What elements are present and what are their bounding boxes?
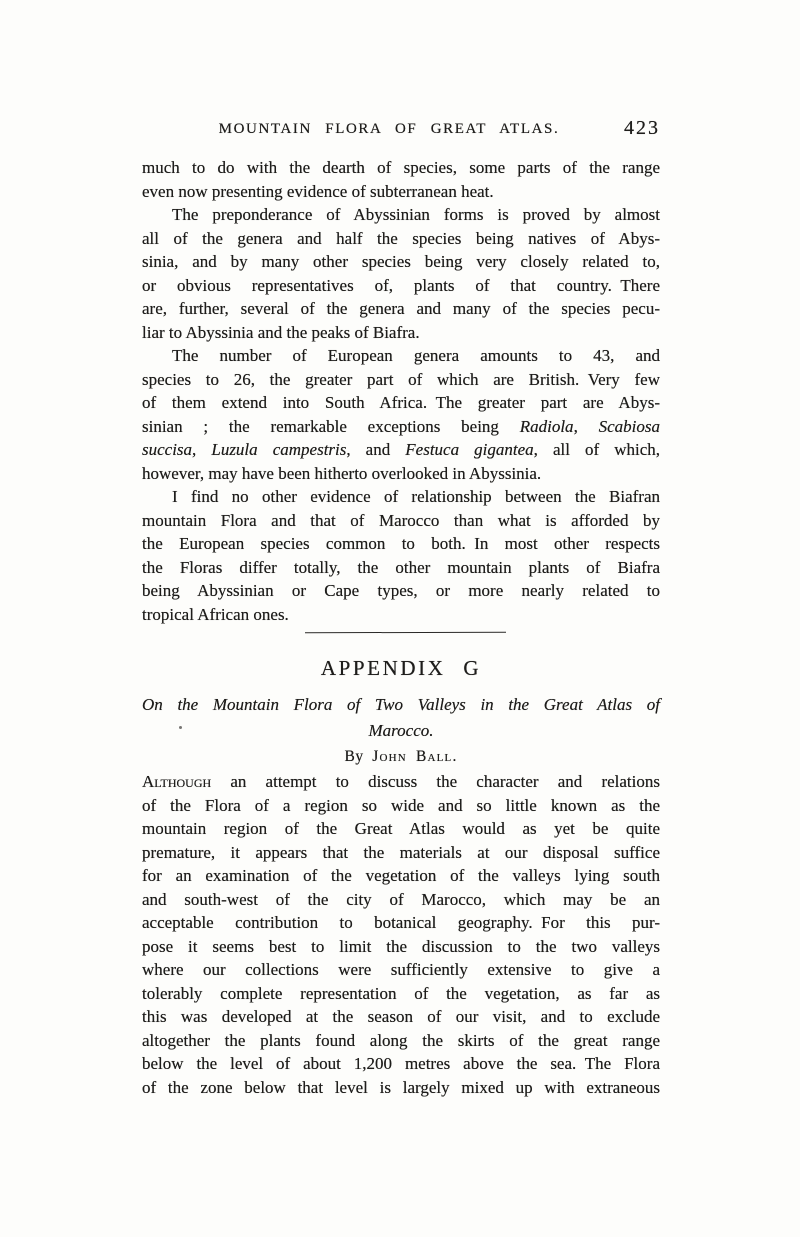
text-line: The preponderance of Abyssinian forms is… (142, 203, 660, 227)
running-head-title: MOUNTAIN FLORA OF GREAT ATLAS. (130, 121, 648, 138)
text-line: sinian ; the remarkable exceptions being… (142, 415, 660, 439)
text-line: of the Flora of a region so wide and so … (142, 794, 660, 818)
byline: By John Ball. (142, 748, 660, 766)
byline-author: John Ball. (372, 748, 457, 765)
text-line: On the Mountain Flora of Two Valleys in … (142, 692, 660, 718)
text-line: The number of European genera amounts to… (142, 344, 660, 368)
text-line: acceptable contribution to botanical geo… (142, 911, 660, 935)
ink-speck (179, 726, 182, 729)
text-line: sinia, and by many other species being v… (142, 250, 660, 274)
page-number: 423 (624, 117, 660, 140)
italic-text: Scabiosa (599, 417, 660, 436)
text-line: this was developed at the season of our … (142, 1005, 660, 1029)
text-line: or obvious representatives of, plants of… (142, 274, 660, 298)
text-line: Although an attempt to discuss the chara… (142, 770, 660, 794)
text-line: are, further, several of the genera and … (142, 297, 660, 321)
paragraph: Although an attempt to discuss the chara… (142, 770, 660, 1099)
text-line: below the level of about 1,200 metres ab… (142, 1052, 660, 1076)
paragraph: much to do with the dearth of species, s… (142, 156, 660, 203)
text-line: even now presenting evidence of subterra… (142, 180, 660, 204)
text-line: the Floras differ totally, the other mou… (142, 556, 660, 580)
running-head: MOUNTAIN FLORA OF GREAT ATLAS. 423 (142, 121, 660, 145)
text-line: and south-west of the city of Marocco, w… (142, 888, 660, 912)
text-line: mountain Flora and that of Marocco than … (142, 509, 660, 533)
text-line: all of the genera and half the species b… (142, 227, 660, 251)
italic-text: Luzula campestris (211, 440, 346, 459)
italic-text: Radiola (520, 417, 574, 436)
appendix-subtitle: On the Mountain Flora of Two Valleys in … (142, 692, 660, 744)
text-line: Marocco. (142, 718, 660, 744)
text-line: species to 26, the greater part of which… (142, 368, 660, 392)
appendix-heading: APPENDIX G (142, 656, 660, 681)
byline-prefix: By (344, 748, 363, 765)
appendix-text-block: Although an attempt to discuss the chara… (142, 770, 660, 1099)
text-line: the European species common to both. In … (142, 532, 660, 556)
paragraph: The number of European genera amounts to… (142, 344, 660, 485)
paragraph: I find no other evidence of relationship… (142, 485, 660, 626)
text-line: being Abyssinian or Cape types, or more … (142, 579, 660, 603)
smallcaps-text: Although (142, 772, 211, 791)
text-line: liar to Abyssinia and the peaks of Biafr… (142, 321, 660, 345)
text-line: succisa, Luzula campestris, and Festuca … (142, 438, 660, 462)
text-line: however, may have been hitherto overlook… (142, 462, 660, 486)
text-line: mountain region of the Great Atlas would… (142, 817, 660, 841)
text-line: where our collections were sufficiently … (142, 958, 660, 982)
text-line: pose it seems best to limit the discussi… (142, 935, 660, 959)
paragraph: On the Mountain Flora of Two Valleys in … (142, 692, 660, 744)
text-line: of them extend into South Africa. The gr… (142, 391, 660, 415)
text-line: of the zone below that level is largely … (142, 1076, 660, 1100)
main-text-block: much to do with the dearth of species, s… (142, 156, 660, 626)
text-line: altogether the plants found along the sk… (142, 1029, 660, 1053)
text-line: tropical African ones. (142, 603, 660, 627)
book-page: MOUNTAIN FLORA OF GREAT ATLAS. 423 much … (0, 0, 800, 1237)
text-line: for an examination of the vegetation of … (142, 864, 660, 888)
text-line: I find no other evidence of relationship… (142, 485, 660, 509)
italic-text: succisa (142, 440, 192, 459)
paragraph: The preponderance of Abyssinian forms is… (142, 203, 660, 344)
section-divider-rule (305, 632, 506, 634)
text-line: tolerably complete representation of the… (142, 982, 660, 1006)
text-line: much to do with the dearth of species, s… (142, 156, 660, 180)
italic-text: Festuca gigantea (405, 440, 533, 459)
text-line: premature, it appears that the materials… (142, 841, 660, 865)
